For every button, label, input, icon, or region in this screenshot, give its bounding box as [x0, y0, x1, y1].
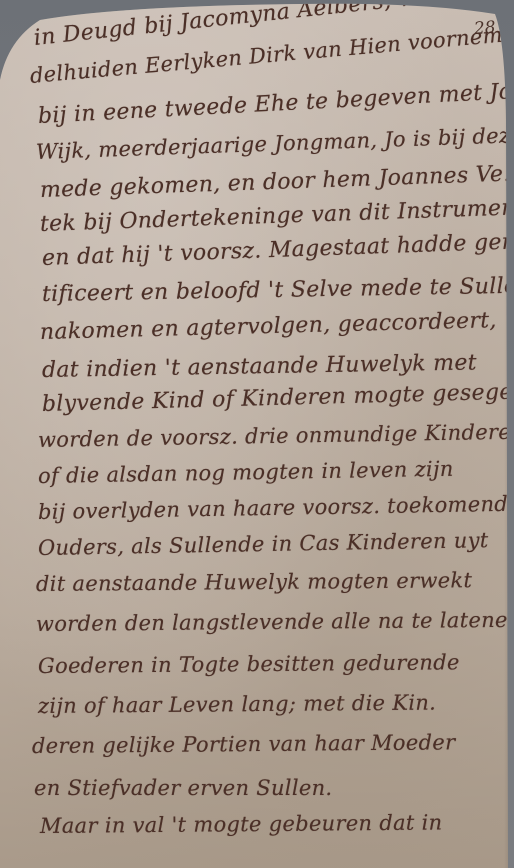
text-line-9: nakomen en agtervolgen, geaccordeert, [40, 308, 497, 345]
text-line-3: bij in eene tweede Ehe te begeven met Jo… [37, 76, 514, 129]
text-line-22: Maar in val 't mogte gebeuren dat in [40, 810, 443, 838]
text-line-6: tek bij Ondertekeninge van dit Instrumen… [40, 195, 514, 237]
text-line-4: Wijk, meerderjaarige Jongman, Jo is bij … [36, 123, 514, 164]
text-line-10: dat indien 't aenstaande Huwelyk met [42, 350, 477, 383]
text-line-8: tificeert en beloofd 't Selve mede te Su… [42, 273, 514, 307]
text-line-21: en Stiefvader erven Sullen. [34, 776, 332, 800]
text-line-13: of die alsdan nog mogten in leven zijn [38, 457, 454, 488]
text-line-7: en dat hij 't voorsz. Magestaat hadde ge… [42, 229, 514, 271]
text-line-20: deren gelijke Portien van haar Moeder [32, 730, 456, 758]
text-line-16: dit aenstaande Huwelyk mogten erwekt [36, 568, 472, 596]
text-line-5: mede gekomen, en door hem Joannes Ve. [40, 162, 511, 203]
text-line-15: Ouders, als Sullende in Cas Kinderen uyt [38, 528, 489, 560]
text-line-12: worden de voorsz. drie onmundige Kindere… [38, 420, 514, 452]
text-line-18: Goederen in Togte besitten gedurende [38, 650, 460, 678]
text-line-14: bij overlyden van haare voorsz. toekomen… [38, 492, 514, 524]
text-line-19: zijn of haar Leven lang; met die Kin. [38, 691, 436, 718]
text-line-17: worden den langstlevende alle na te late… [36, 608, 508, 636]
text-line-11: blyvende Kind of Kinderen mogte gesegent [42, 379, 514, 417]
manuscript-page: 281 in Deugd bij Jacomyna Aelbers, Weduw… [0, 0, 514, 868]
